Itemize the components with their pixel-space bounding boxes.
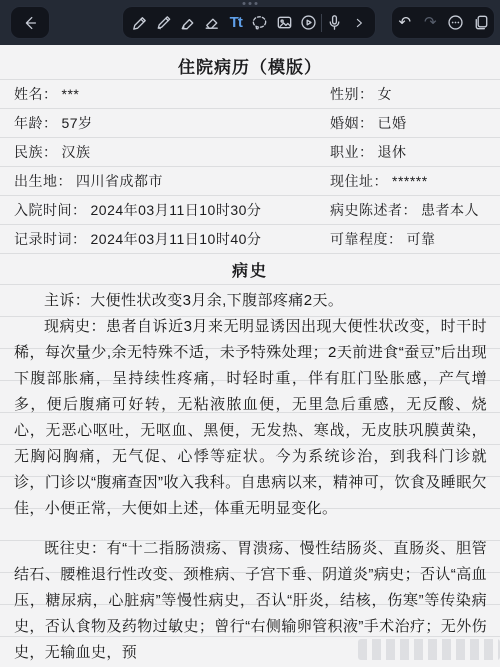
field-label-age: 年龄： <box>14 115 58 131</box>
more-tools-button[interactable] <box>347 9 370 37</box>
microphone-tool-button[interactable] <box>323 9 346 37</box>
watermark <box>358 639 500 660</box>
play-circle-icon <box>299 13 318 32</box>
undo-icon: ↶ <box>398 15 411 30</box>
redo-icon: ↷ <box>424 15 437 30</box>
field-value-name: *** <box>62 86 80 102</box>
field-value-birthplace: 四川省成都市 <box>76 173 163 189</box>
field-label-record-time: 记录时词： <box>14 231 87 247</box>
more-options-button[interactable] <box>444 9 467 37</box>
field-value-gender: 女 <box>378 86 393 102</box>
field-value-admission-time: 2024年03月11日10时30分 <box>91 202 262 218</box>
field-row-age-marriage: 年龄：57岁 婚姻：已婚 <box>0 109 500 138</box>
field-value-narrator: 患者本人 <box>421 202 479 218</box>
field-row-ethnicity-occupation: 民族：汉族 职业：退休 <box>0 138 500 167</box>
field-row-name-gender: 姓名：*** 性别：女 <box>0 80 500 109</box>
field-row-record-reliability: 记录时词：2024年03月11日10时40分 可靠程度：可靠 <box>0 225 500 254</box>
pages-button[interactable] <box>470 9 493 37</box>
back-button[interactable] <box>19 9 42 37</box>
video-tool-button[interactable] <box>297 9 320 37</box>
image-icon <box>275 13 294 32</box>
field-value-marriage: 已婚 <box>378 115 407 131</box>
pen-icon <box>130 13 149 32</box>
window-handle-icon[interactable] <box>243 2 258 5</box>
eraser-icon <box>202 13 221 32</box>
image-tool-button[interactable] <box>273 9 296 37</box>
pencil-tool-button[interactable] <box>152 9 175 37</box>
field-value-occupation: 退休 <box>378 144 407 160</box>
pen-tool-button[interactable] <box>128 9 151 37</box>
field-label-reliability: 可靠程度： <box>330 231 403 247</box>
section-heading-row: 病史 <box>0 254 500 285</box>
pencil-icon <box>154 13 173 32</box>
eraser-tool-button[interactable] <box>200 9 223 37</box>
pages-icon <box>472 13 491 32</box>
field-label-marriage: 婚姻： <box>330 115 374 131</box>
highlighter-tool-button[interactable] <box>176 9 199 37</box>
back-arrow-icon <box>21 14 39 32</box>
toolbar: Tt <box>0 0 500 45</box>
text-tool-button[interactable]: Tt <box>224 9 247 37</box>
app-screen: Tt <box>0 0 500 667</box>
field-value-reliability: 可靠 <box>407 231 436 247</box>
text-tool-icon: Tt <box>230 14 242 31</box>
lasso-icon <box>250 13 269 32</box>
paragraph-chief-complaint: 主诉：大便性状改变3月余,下腹部疼痛2天。 <box>14 288 487 314</box>
section-heading: 病史 <box>232 258 268 281</box>
document-title-row: 住院病历（模版） <box>0 51 500 80</box>
document-title: 住院病历（模版） <box>178 53 322 78</box>
back-button-group <box>10 6 50 39</box>
field-label-name: 姓名： <box>14 86 58 102</box>
chevron-right-icon <box>351 15 367 31</box>
highlighter-icon <box>178 13 197 32</box>
microphone-icon <box>325 13 344 32</box>
drawing-tools-group: Tt <box>122 6 376 39</box>
toolbar-divider <box>321 14 322 32</box>
field-label-admission-time: 入院时间： <box>14 202 87 218</box>
field-label-birthplace: 出生地： <box>14 173 72 189</box>
field-label-ethnicity: 民族： <box>14 144 58 160</box>
undo-button[interactable]: ↶ <box>393 9 416 37</box>
note-document[interactable]: 住院病历（模版） 姓名：*** 性别：女 年龄：57岁 婚姻：已婚 民族：汉族 … <box>0 45 500 667</box>
field-value-age: 57岁 <box>62 115 93 131</box>
field-label-occupation: 职业： <box>330 144 374 160</box>
field-value-address: ****** <box>392 173 428 189</box>
history-actions-group: ↶ ↷ <box>391 6 495 39</box>
lasso-tool-button[interactable] <box>248 9 271 37</box>
field-row-birthplace-address: 出生地：四川省成都市 现住址：****** <box>0 167 500 196</box>
field-value-record-time: 2024年03月11日10时40分 <box>91 231 262 247</box>
field-label-narrator: 病史陈述者： <box>330 202 417 218</box>
field-label-gender: 性别： <box>330 86 374 102</box>
document-body: 主诉：大便性状改变3月余,下腹部疼痛2天。 现病史：患者自诉近3月来无明显诱因出… <box>0 285 500 663</box>
field-label-address: 现住址： <box>330 173 388 189</box>
field-value-ethnicity: 汉族 <box>62 144 91 160</box>
more-options-icon <box>446 13 465 32</box>
field-row-admission-narrator: 入院时间：2024年03月11日10时30分 病史陈述者：患者本人 <box>0 196 500 225</box>
redo-button[interactable]: ↷ <box>419 9 442 37</box>
paragraph-present-illness: 现病史：患者自诉近3月来无明显诱因出现大便性状改变，时干时稀，每次量少,余无特殊… <box>14 314 487 522</box>
